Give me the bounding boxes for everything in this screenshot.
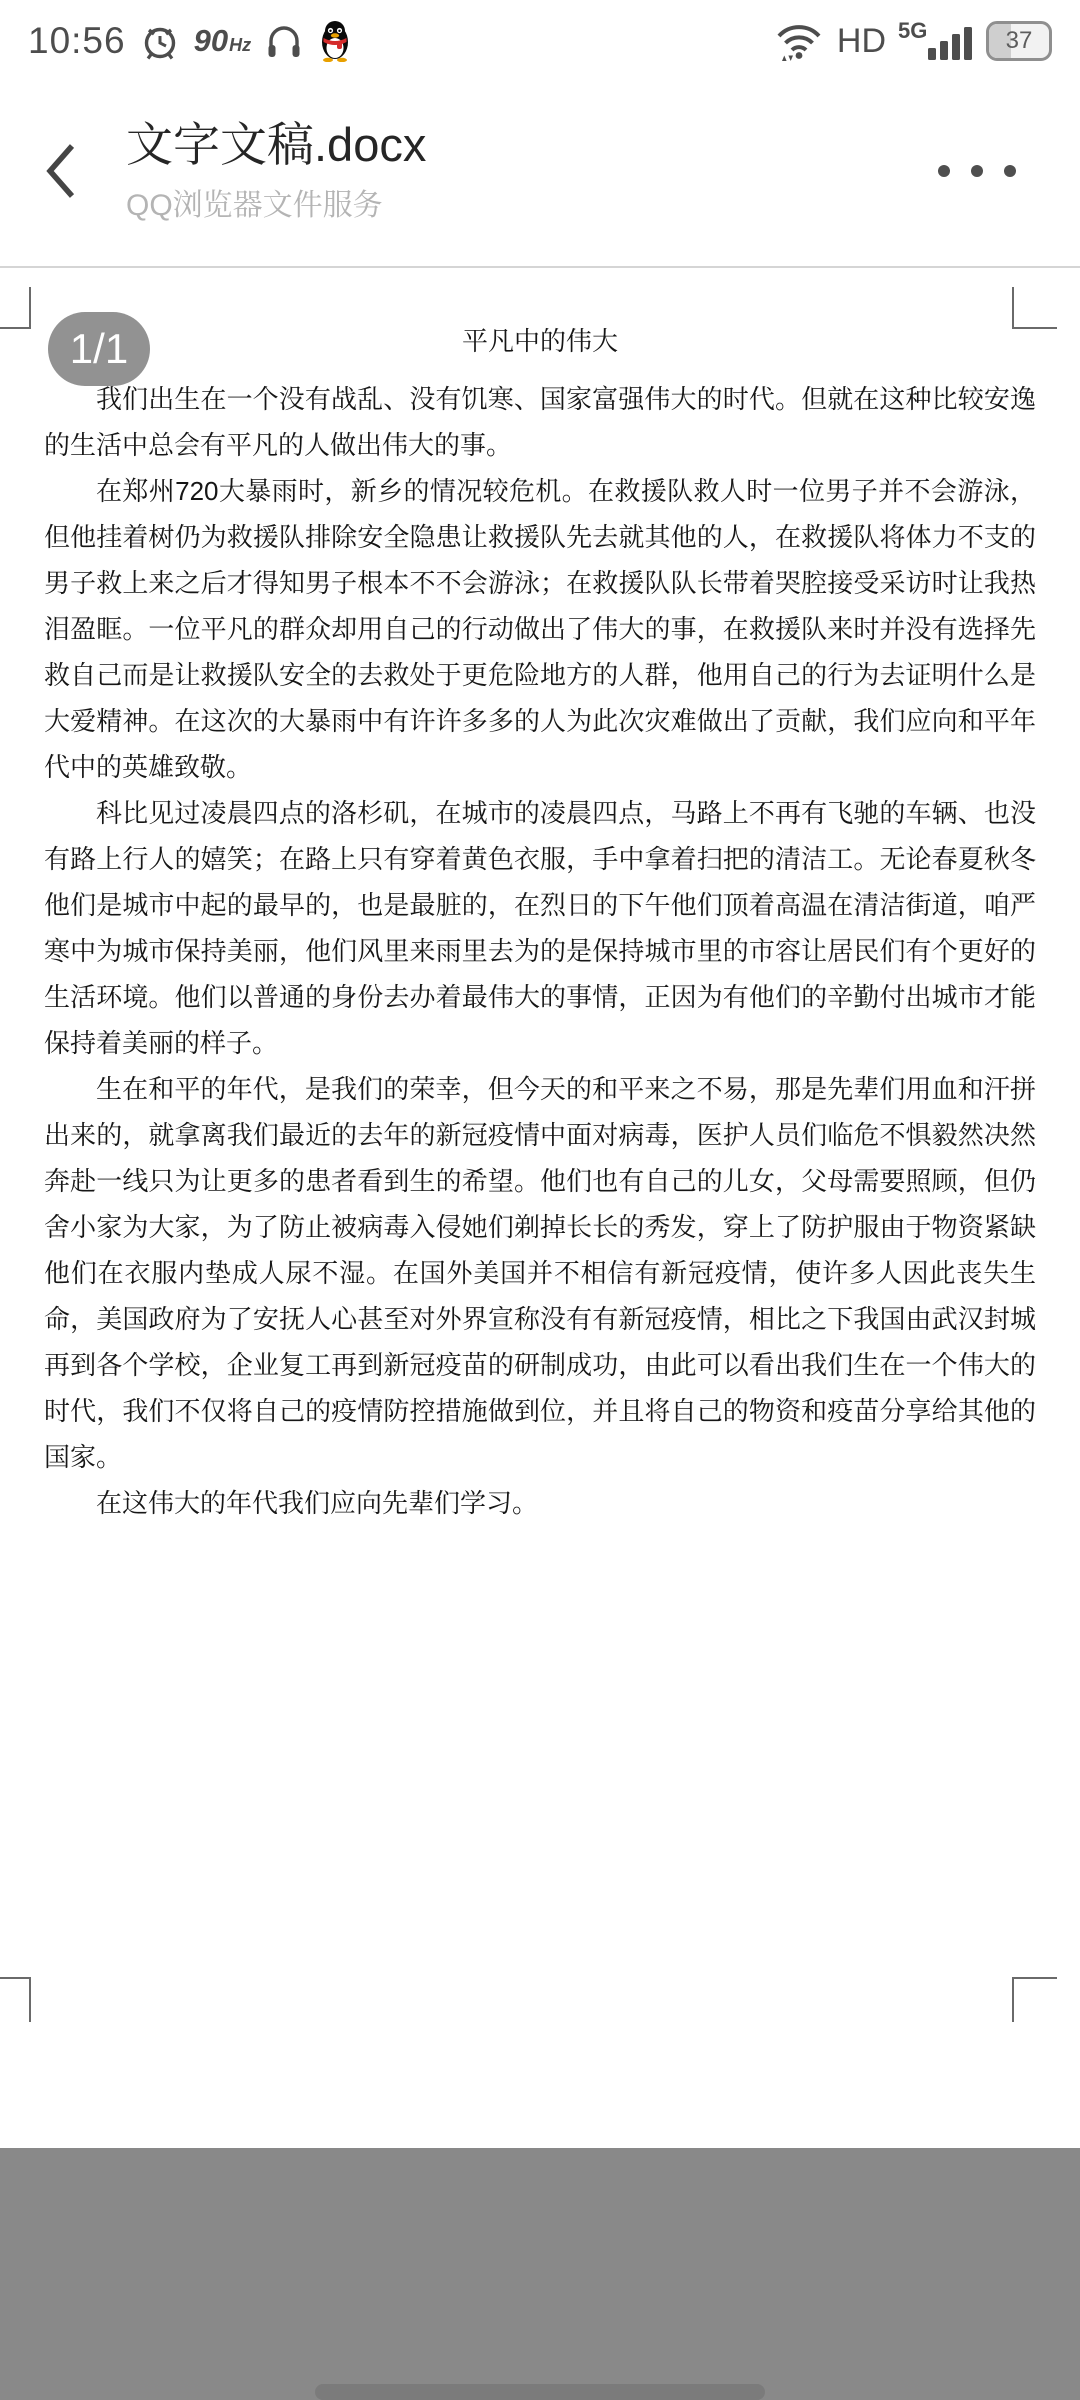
corner-mark-bottom-right xyxy=(1012,1977,1057,2022)
document-page[interactable]: 1/1 平凡中的伟大 我们出生在一个没有战乱、没有饥寒、国家富强伟大的时代。但就… xyxy=(0,268,1080,2148)
refresh-rate-unit: Hz xyxy=(229,35,251,56)
corner-mark-top-left xyxy=(0,287,31,329)
paragraph: 在这伟大的年代我们应向先辈们学习。 xyxy=(44,1480,1036,1526)
battery-icon: 37 xyxy=(986,21,1052,61)
qq-penguin-icon xyxy=(317,20,353,62)
corner-mark-bottom-left xyxy=(0,1977,31,2022)
doc-viewer-header: 文字文稿.docx QQ浏览器文件服务 xyxy=(0,76,1080,266)
network-type-label: 5G xyxy=(898,18,927,44)
corner-mark-top-right xyxy=(1012,287,1057,329)
paragraph: 科比见过凌晨四点的洛杉矶，在城市的凌晨四点，马路上不再有飞驰的车辆、也没有路上行… xyxy=(44,790,1036,1066)
status-bar-left: 10:56 90 Hz xyxy=(28,20,353,62)
chevron-left-icon xyxy=(40,132,82,210)
refresh-rate-badge: 90 Hz xyxy=(194,23,251,59)
phone-screen: 10:56 90 Hz xyxy=(0,0,1080,2400)
more-menu-button[interactable] xyxy=(938,145,1016,197)
alarm-clock-icon xyxy=(140,20,180,62)
page-indicator-badge: 1/1 xyxy=(48,312,150,386)
paragraph: 在郑州720大暴雨时，新乡的情况较危机。在救援队救人时一位男子并不会游泳，但他挂… xyxy=(44,468,1036,790)
hd-label: HD xyxy=(837,22,886,61)
home-indicator[interactable] xyxy=(315,2384,765,2400)
signal-bars-icon: 5G xyxy=(898,18,974,64)
bottom-gray-area xyxy=(0,2148,1080,2400)
ellipsis-icon xyxy=(938,165,950,177)
header-titles: 文字文稿.docx QQ浏览器文件服务 xyxy=(126,118,426,224)
status-bar-right: HD 5G 37 xyxy=(773,17,1052,65)
wifi-updown-arrows-icon xyxy=(773,17,825,65)
clock-time: 10:56 xyxy=(28,20,126,62)
paragraph: 我们出生在一个没有战乱、没有饥寒、国家富强伟大的时代。但就在这种比较安逸的生活中… xyxy=(44,376,1036,468)
file-source-subtitle: QQ浏览器文件服务 xyxy=(126,180,426,224)
paragraph: 生在和平的年代，是我们的荣幸，但今天的和平来之不易，那是先辈们用血和汗拼出来的，… xyxy=(44,1066,1036,1480)
battery-percent: 37 xyxy=(1006,27,1033,55)
headphones-icon xyxy=(265,23,303,59)
file-title: 文字文稿.docx xyxy=(126,118,426,172)
refresh-rate-value: 90 xyxy=(194,23,228,59)
document-title: 平凡中的伟大 xyxy=(44,318,1036,364)
status-bar: 10:56 90 Hz xyxy=(0,0,1080,76)
back-button[interactable] xyxy=(40,121,100,221)
signal-bars xyxy=(928,27,972,60)
